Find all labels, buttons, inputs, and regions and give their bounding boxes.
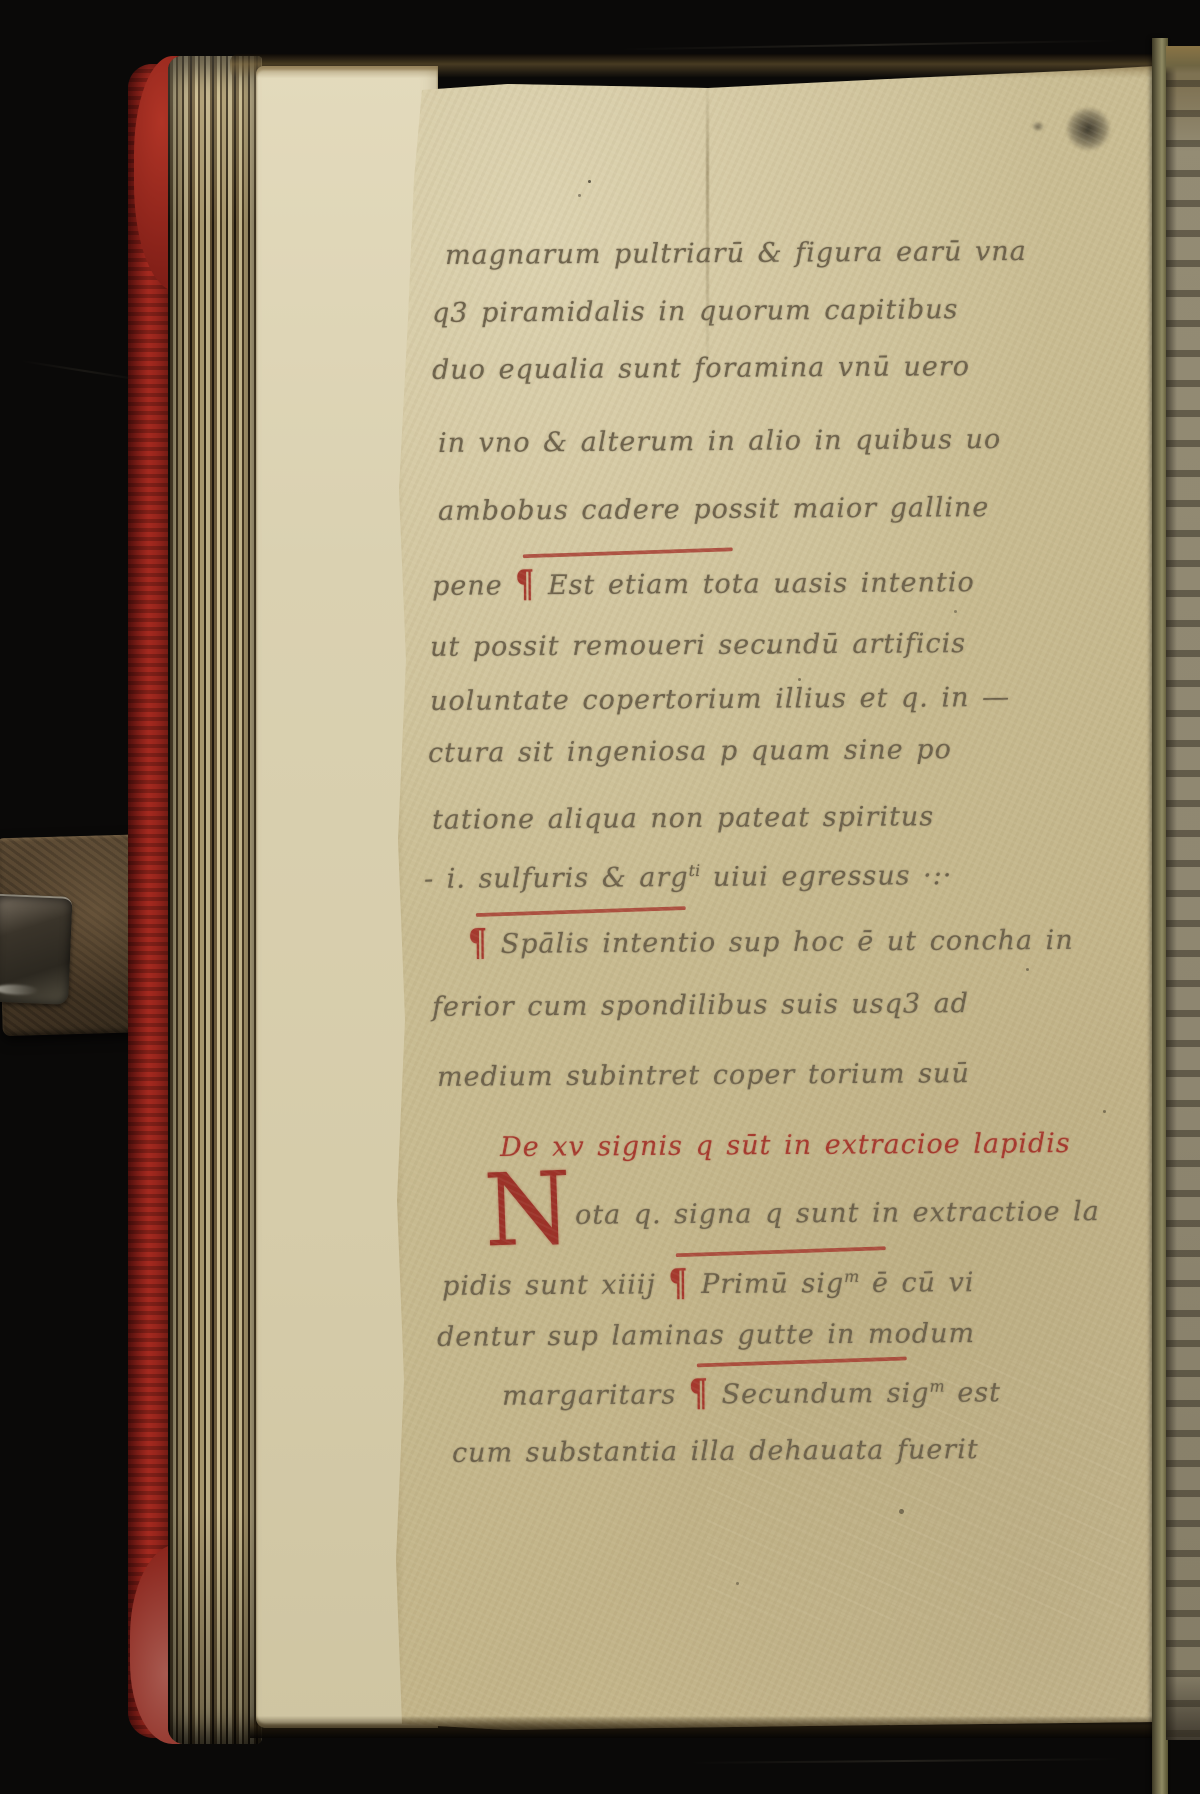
text-segment: q3 piramidalis in quorum capitibus [432,294,959,329]
manuscript-line: pidis sunt xiiij ¶ Primū sigm ē cū vi [442,1264,975,1303]
text-segment: Primū sig [688,1268,844,1300]
initial-N: N [482,1161,573,1260]
manuscript-line: ¶ Spālis intentio sup hoc ē ut concha in [468,922,1074,961]
text-segment: dentur sup laminas gutte in modum [437,1318,975,1353]
text-segment: Est etiam tota uasis intentio [535,567,975,601]
page-bottom-edge [250,1716,1162,1738]
manuscript-line: q3 piramidalis in quorum capitibus [432,294,959,329]
manuscript-line: magnarum pultriarū & figura earū vna [445,236,1027,271]
manuscript-line: margaritars ¶ Secundum sigm est [502,1374,1001,1412]
ink-stain [1052,100,1118,158]
text-segment: duo equalia sunt foramina vnū uero [432,351,970,386]
manuscript-line: - i. sulfuris & argti uiui egressus ·:· [424,859,953,895]
text-segment: De xv signis q sūt in extracioe lapidis [500,1128,1071,1163]
manuscript-line: duo equalia sunt foramina vnū uero [432,351,970,386]
pilcrow-mark: ¶ [515,563,535,607]
text-segment: tatione aliqua non pateat spiritus [432,801,934,836]
text-segment: uiui egressus ·:· [700,860,952,893]
text-segment: in vno & alterum in alio in quibus uo [438,424,1001,459]
text-segment: Secundum sig [709,1378,930,1411]
manuscript-line: pene ¶ Est etiam tota uasis intentio [432,564,975,603]
text-segment: pidis sunt xiiij [442,1269,669,1302]
background-scratch [690,1758,1120,1764]
manuscript-line: ferior cum spondilibus suis usq3 ad [432,988,969,1023]
text-segment: ē cū vi [859,1267,974,1299]
manuscript-line: medium subintret coper torium suū [437,1058,970,1093]
text-segment: ut possit remoueri secundū artificis [430,628,966,663]
clasp-metal [0,894,73,1005]
next-page-sliver [1166,50,1200,1740]
text-segment: Spālis intentio sup hoc ē ut concha in [488,925,1074,960]
rubric-line: De xv signis q sūt in extracioe lapidis [500,1128,1071,1163]
manuscript-page: magnarum pultriarū & figura earū vnaq3 p… [388,60,1155,1730]
manuscript-line: ambobus cadere possit maior galline [438,492,990,527]
text-segment: medium subintret coper torium suū [437,1058,970,1093]
manuscript-line: uoluntate copertorium illius et q. in — [430,682,1010,717]
text-segment: ferior cum spondilibus suis usq3 ad [432,988,969,1023]
text-segment: est [945,1377,1001,1408]
text-segment: ota q. signa q sunt in extractioe la [575,1196,1100,1231]
parchment-crease [706,76,709,386]
parchment-specks [588,180,591,183]
text-segment: ambobus cadere possit maior galline [438,492,990,527]
manuscript-line: in vno & alterum in alio in quibus uo [438,424,1001,459]
manuscript-line: ut possit remoueri secundū artificis [430,628,966,663]
manuscript-line: tatione aliqua non pateat spiritus [432,801,934,836]
pilcrow-mark: ¶ [468,922,488,966]
background-scratch [620,40,1120,51]
manuscript-line: dentur sup laminas gutte in modum [437,1318,975,1353]
text-segment: ctura sit ingeniosa p quam sine po [428,734,952,769]
manuscript-line: cum substantia illa dehauata fuerit [452,1434,979,1469]
text-segment: cum substantia illa dehauata fuerit [452,1434,979,1469]
abbreviation-sup: m [844,1267,859,1286]
manuscript-line: ctura sit ingeniosa p quam sine po [428,734,952,769]
text-segment: - i. sulfuris & arg [424,862,689,895]
manuscript-line: ota q. signa q sunt in extractioe la [575,1196,1100,1231]
page-edge-stack [168,56,262,1744]
text-segment: margaritars [502,1379,689,1411]
abbreviation-sup: ti [689,861,701,880]
pilcrow-mark: ¶ [689,1372,709,1416]
abbreviation-sup: m [929,1377,944,1396]
text-segment: pene [432,570,515,602]
manuscript-photo: magnarum pultriarū & figura earū vnaq3 p… [0,0,1200,1794]
pilcrow-mark: ¶ [668,1262,688,1306]
text-segment: uoluntate copertorium illius et q. in — [430,682,1010,717]
text-segment: magnarum pultriarū & figura earū vna [445,236,1027,271]
page-top-edge [230,54,1158,78]
